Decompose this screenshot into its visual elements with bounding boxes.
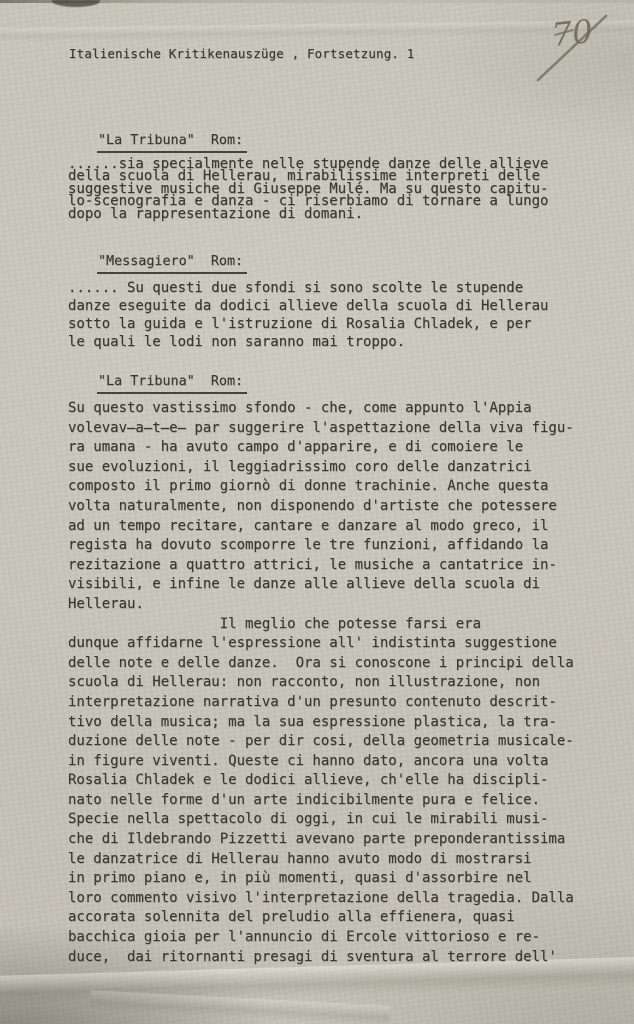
text-line: duce, dai ritornanti presagi di sventura… xyxy=(68,948,574,968)
section-3-heading: "La Tribuna" Rom: xyxy=(97,374,247,394)
text-line: bacchica gioia per l'annuncio di Ercole … xyxy=(68,928,574,948)
text-line: rezitazione a quattro attrici, le musich… xyxy=(68,556,574,576)
text-line: delle note e delle danze. Ora si conosco… xyxy=(68,654,574,674)
text-line: loro commento visivo l'interpretazione d… xyxy=(68,889,574,909)
text-line: accorata solennita del preludio alla eff… xyxy=(68,908,574,928)
text-line: composto il primo giornò di donne trachi… xyxy=(68,477,574,497)
text-line: sotto la guida e l'istruzione di Rosalia… xyxy=(68,315,548,333)
text-line: Il meglio che potesse farsi era xyxy=(68,615,574,635)
text-line: ...... Su questi due sfondi si sono scol… xyxy=(68,279,548,297)
text-line: Su questo vastissimo sfondo - che, come … xyxy=(68,399,574,419)
text-line: sue evoluzioni, il leggiadrissimo coro d… xyxy=(68,458,574,478)
text-line: ad un tempo recitare, cantare e danzare … xyxy=(68,517,574,537)
section-2-heading: "Messagiero" Rom: xyxy=(97,254,247,274)
text-line: dopo la rappresentazione di domani. xyxy=(68,208,548,220)
page-title: Italienische Kritikenauszüge , Fortsetzu… xyxy=(69,46,414,61)
text-line: dunque affidarne l'espressione all' indi… xyxy=(68,634,574,654)
text-line: Rosalia Chladek e le dodici allieve, ch'… xyxy=(68,771,574,791)
text-line: regista ha dovuto scomporre le tre funzi… xyxy=(68,536,574,556)
text-line: le quali le lodi non saranno mai troppo. xyxy=(68,333,548,351)
text-line: tivo della musica; ma la sua espressione… xyxy=(68,713,574,733)
section-1-paragraph: ......sia specialmente nelle stupende da… xyxy=(68,158,548,220)
text-line: visibili, e infine le danze alle allieve… xyxy=(68,575,574,595)
text-line: Hellerau. xyxy=(68,595,574,615)
text-line: danze eseguite da dodici allieve della s… xyxy=(68,297,548,315)
section-1-heading: "La Tribuna" Rom: xyxy=(97,133,247,153)
text-line: le danzatrice di Hellerau hanno avuto mo… xyxy=(68,850,574,870)
text-line: volta naturalmente, non disponendo d'art… xyxy=(68,497,574,517)
text-line: ra umana - ha avuto campo d'apparire, e … xyxy=(68,438,574,458)
text-line: che di Ildebrando Pizzetti avevano parte… xyxy=(68,830,574,850)
typewritten-document-page: 70 Italienische Kritikenauszüge , Fortse… xyxy=(0,0,634,1024)
text-line: interpretazione narrativa d'un presunto … xyxy=(68,693,574,713)
text-line: duzione delle note - per dir cosi, della… xyxy=(68,732,574,752)
section-3-paragraph: Su questo vastissimo sfondo - che, come … xyxy=(68,399,574,967)
text-line: nato nelle forme d'un arte indicibilment… xyxy=(68,791,574,811)
section-2-paragraph: ...... Su questi due sfondi si sono scol… xyxy=(68,279,548,351)
text-line: scuola di Hellerau: non racconto, non il… xyxy=(68,673,574,693)
scan-edge-blemish xyxy=(52,0,100,7)
handwritten-page-number: 70 xyxy=(528,2,620,88)
text-line: volevav̶a̶t̶e̶ par suggerire l'aspettazi… xyxy=(68,419,574,439)
text-line: in primo piano e, in più momenti, quasi … xyxy=(68,869,574,889)
text-line: Specie nella spettacolo di oggi, in cui … xyxy=(68,810,574,830)
text-line: in figure viventi. Queste ci hanno dato,… xyxy=(68,752,574,772)
page-number-text: 70 xyxy=(550,12,594,54)
